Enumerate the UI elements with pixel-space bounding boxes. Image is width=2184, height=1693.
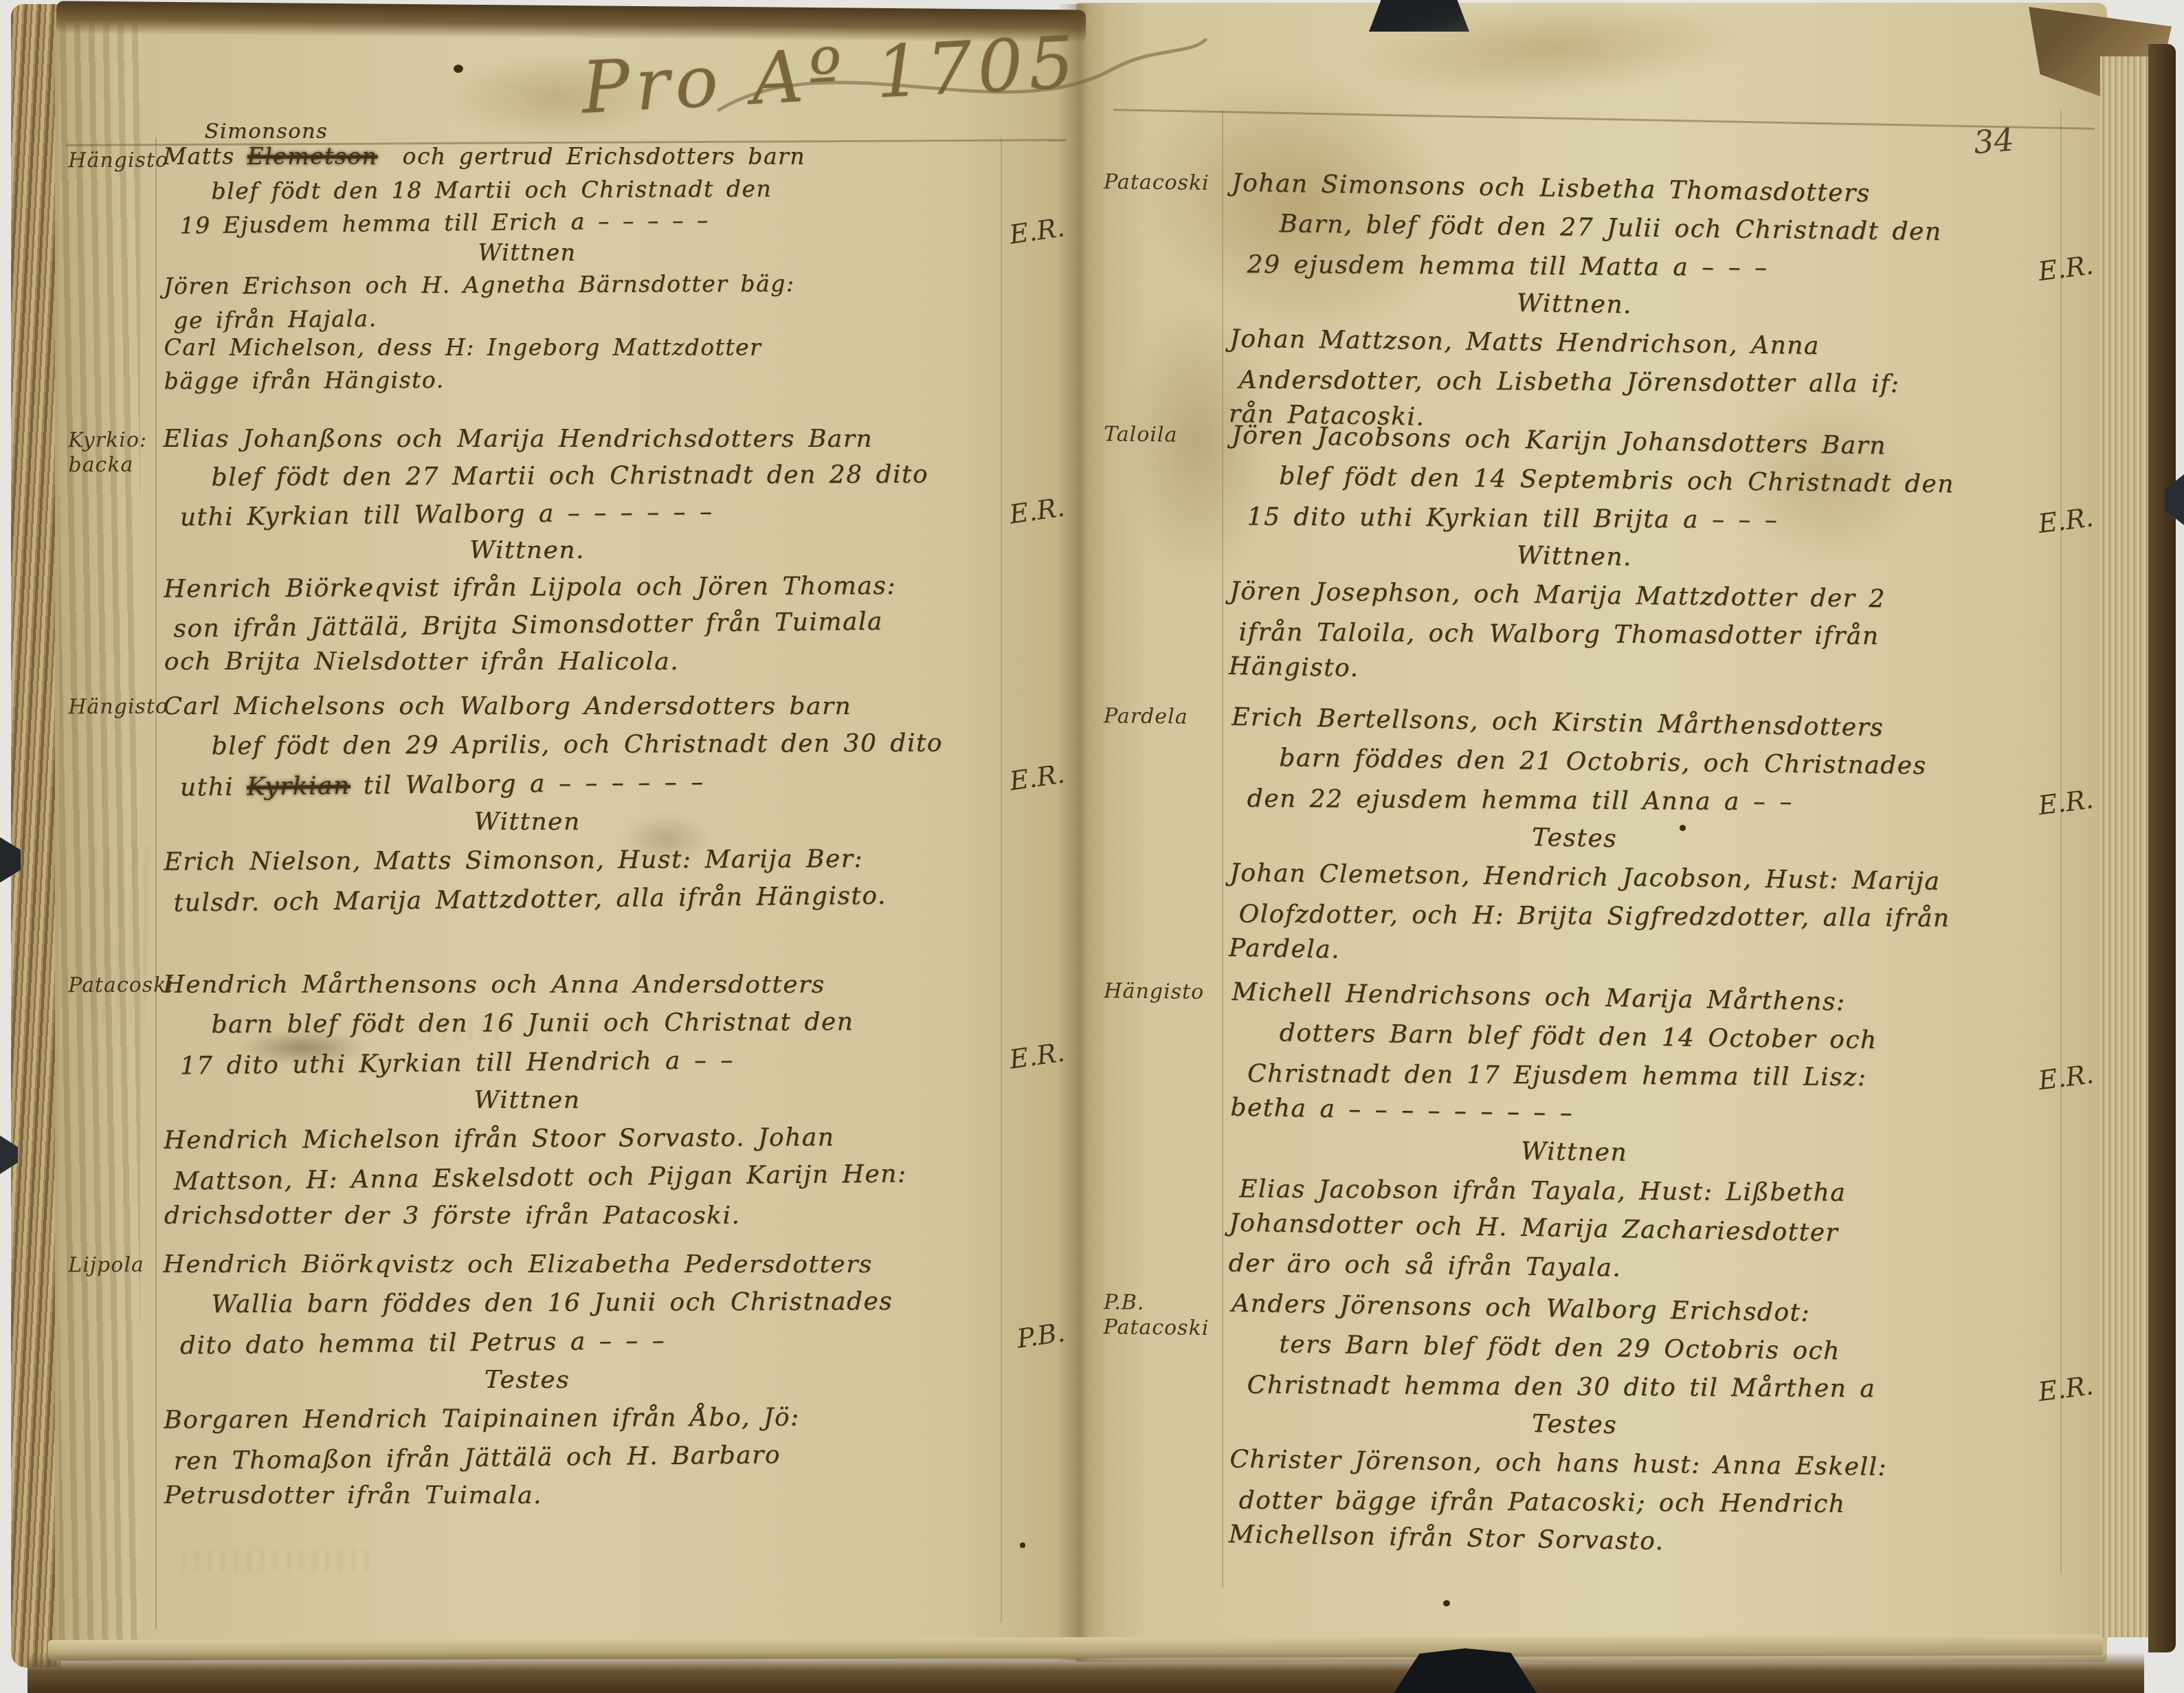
entry-margin-label: Hängisto xyxy=(1104,979,1222,1005)
witnesses-heading: Wittnen xyxy=(164,803,1069,841)
left-page: HängistoMatts Elemetson Simonsons och ge… xyxy=(66,0,1069,1693)
entry-margin-label: Hängisto xyxy=(68,695,156,720)
entry-margin-label: Pardela xyxy=(1104,704,1222,730)
entry-line: bägge ifrån Hängisto. xyxy=(164,362,1070,397)
entry-margin-label: Patacoski xyxy=(68,973,156,999)
entry: PatacoskiJohan Simonsons och Lisbetha Th… xyxy=(1098,164,2099,446)
entry-line: Elias Johanßons och Marija Hendrichsdott… xyxy=(163,421,1069,458)
entry-lines: Johan Simonsons och Lisbetha Thomasdotte… xyxy=(1229,166,2099,445)
book-cover-right xyxy=(2148,44,2176,1652)
entry: HängistoMichell Hendrichsons och Marija … xyxy=(1097,973,2099,1294)
struck-text: Kyrkian xyxy=(247,772,350,801)
right-page-edge-stack xyxy=(2100,56,2151,1637)
entry-line: Henrich Biörkeqvist ifrån Lijpola och Jö… xyxy=(164,567,1069,608)
entry-line: blef födt den 27 Martii och Christnadt d… xyxy=(211,456,1069,496)
entry-line: uthi Kyrkian till Walborg a – – – – – – xyxy=(180,490,1069,537)
entry-line: Carl Michelson, dess H: Ingeborg Mattzdo… xyxy=(164,332,1070,364)
entry-lines: Anders Jörensons och Walborg Erichsdot:t… xyxy=(1229,1286,2099,1566)
left-page-edge-stack xyxy=(11,4,60,1668)
entry-line: Petrusdotter ifrån Tuimala. xyxy=(164,1476,1070,1515)
witnesses-heading: Wittnen. xyxy=(164,532,1069,569)
entry-line: ge ifrån Hajala. xyxy=(173,296,1069,337)
entry: HängistoCarl Michelsons och Walborg Ande… xyxy=(65,685,1069,920)
entry-line: Erich Nielson, Matts Simonson, Hust: Mar… xyxy=(164,839,1069,882)
entry-line: Hendrich Biörkqvistz och Elizabetha Pede… xyxy=(163,1246,1069,1284)
entry-line: barn blef födt den 16 Junii och Christna… xyxy=(211,1002,1069,1044)
entry-line: 19 Ejusdem hemma till Erich a – – – – – xyxy=(179,201,1069,242)
entry-line: dito dato hemma til Petrus a – – – xyxy=(179,1318,1069,1366)
entry-line: tulsdr. och Marija Mattzdotter, alla ifr… xyxy=(173,875,1070,923)
entry-margin-label: P.B. Patacoski xyxy=(1103,1290,1222,1341)
entry-lines: Elias Johanßons och Marija Hendrichsdott… xyxy=(163,419,1070,683)
entry: Kyrkio: backaElias Johanßons och Marija … xyxy=(65,419,1070,683)
entry-line: Carl Michelsons och Walborg Andersdotter… xyxy=(163,687,1069,726)
entry: PardelaErich Bertellsons, och Kirstin Må… xyxy=(1098,698,2099,980)
entry-line: 17 dito uthi Kyrkian till Hendrich a – – xyxy=(179,1038,1069,1086)
entry-line: Wallia barn föddes den 16 Junii och Chri… xyxy=(211,1282,1069,1324)
entry-lines: Hendrich Biörkqvistz och Elizabetha Pede… xyxy=(163,1243,1070,1517)
entry: TaloilaJören Jacobsons och Karijn Johans… xyxy=(1098,417,2099,698)
struck-text: Elemetson xyxy=(247,143,378,170)
entry-lines: Matts Elemetson Simonsons och gertrud Er… xyxy=(163,139,1070,397)
entry: P.B. PatacoskiAnders Jörensons och Walbo… xyxy=(1098,1285,2099,1567)
entry-line: Hendrich Michelson ifrån Stoor Sorvasto.… xyxy=(164,1118,1069,1160)
entry-lines: Carl Michelsons och Walborg Andersdotter… xyxy=(163,685,1069,920)
entry-lines: Michell Hendrichsons och Marija Mårthens… xyxy=(1228,975,2099,1293)
entry-margin-label: Hängisto xyxy=(68,148,156,174)
entry-line: ren Thomaßon ifrån Jättälä och H. Barbar… xyxy=(173,1433,1070,1481)
entry-line: och Brijta Nielsdotter ifrån Halicola. xyxy=(164,643,1070,680)
entry-lines: Erich Bertellsons, och Kirstin Mårthensd… xyxy=(1229,700,2099,980)
entry-line: Matts Elemetson Simonsons och gertrud Er… xyxy=(163,141,1069,174)
entry-margin-label: Patacoski xyxy=(1104,170,1222,196)
entry-margin-label: Taloila xyxy=(1104,422,1222,448)
witnesses-heading: Testes xyxy=(164,1361,1069,1399)
entry-margin-label: Kyrkio: backa xyxy=(68,428,156,478)
right-page: PatacoskiJohan Simonsons och Lisbetha Th… xyxy=(1100,0,2097,1693)
entry-line: Hendrich Mårthensons och Anna Andersdott… xyxy=(163,966,1069,1004)
entry-margin-label: Lijpola xyxy=(68,1253,156,1279)
entry: HängistoMatts Elemetson Simonsons och ge… xyxy=(65,139,1070,397)
witnesses-heading: Wittnen xyxy=(164,237,1069,269)
entry-line: son ifrån Jättälä, Brijta Simonsdotter f… xyxy=(173,601,1069,648)
entry: LijpolaHendrich Biörkqvistz och Elizabet… xyxy=(65,1243,1070,1517)
entry-lines: Hendrich Mårthensons och Anna Andersdott… xyxy=(163,964,1070,1237)
entry-line: uthi Kyrkian til Walborg a – – – – – – xyxy=(180,760,1070,808)
entry: PatacoskiHendrich Mårthensons och Anna A… xyxy=(65,964,1070,1237)
witnesses-heading: Wittnen xyxy=(164,1081,1069,1120)
entry-line: Borgaren Hendrich Taipinainen ifrån Åbo,… xyxy=(164,1397,1069,1440)
entry-lines: Jören Jacobsons och Karijn Johansdotters… xyxy=(1229,418,2099,698)
entry-line: Mattson, H: Anna Eskelsdott och Pijgan K… xyxy=(173,1153,1070,1202)
entry-line: blef födt den 29 Aprilis, och Christnadt… xyxy=(212,724,1069,766)
entry-line: drichsdotter der 3 förste ifrån Patacosk… xyxy=(164,1197,1070,1235)
parish-register-photo: Pro Aº 1705 34 HängistoMatts Elemetson S… xyxy=(0,0,2184,1693)
